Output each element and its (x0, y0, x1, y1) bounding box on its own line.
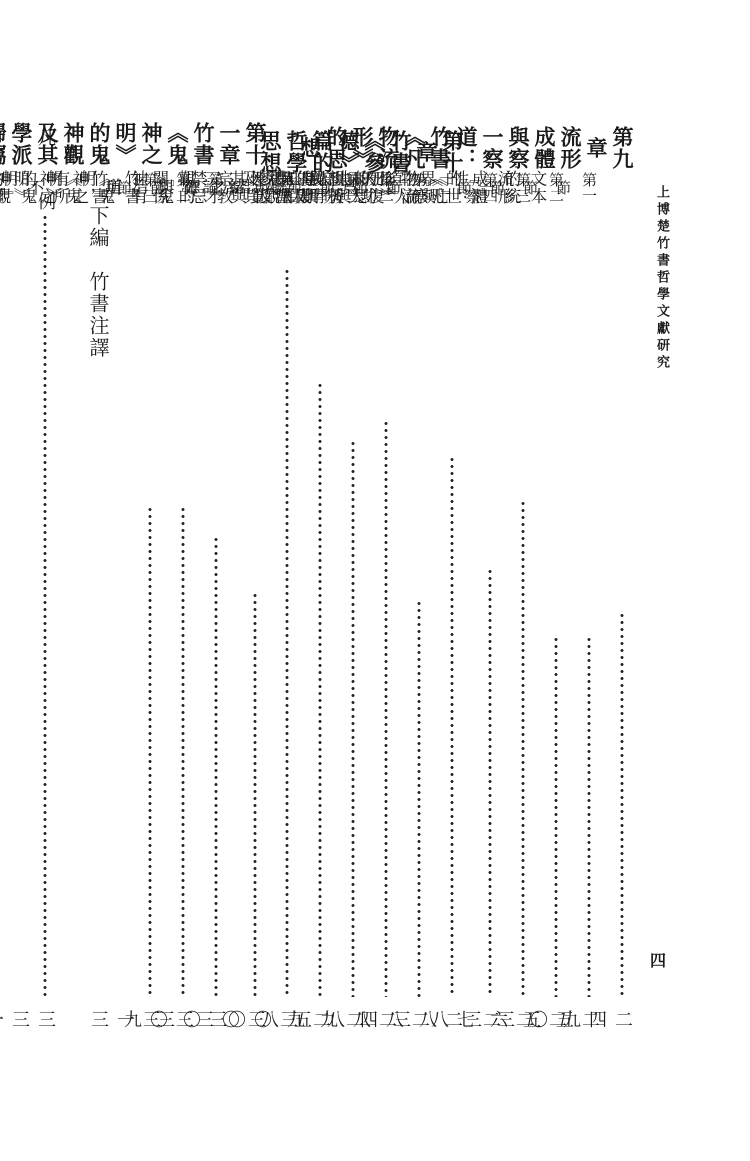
entry-page: 二七八 (477, 1010, 503, 1028)
leader-dots (351, 440, 355, 997)
entry-page: 二五三 (543, 1010, 569, 1028)
leader-dots (450, 456, 454, 997)
entry-page: 二五〇 (576, 1010, 602, 1028)
entry-page: 二四九 (609, 1010, 635, 1028)
entry-label: 第九章 (584, 126, 635, 170)
entry-page: 二九五 (340, 1010, 366, 1028)
fanli-char-1: 凡 (32, 128, 58, 147)
entry-page: 三一三 (137, 1010, 163, 1028)
entry-page: 二八八 (373, 1010, 399, 1028)
part-title: 竹書注譯 (86, 271, 110, 359)
leader-dots (318, 382, 322, 997)
entry-label: 第十一章 (217, 122, 268, 166)
entry-page: 二八四 (406, 1010, 432, 1028)
part-label: 下編 (86, 205, 110, 249)
entry-page: 三〇三 (242, 1010, 268, 1028)
leader-dots (214, 536, 218, 997)
leader-dots (43, 214, 47, 997)
entry-page: 二六三 (510, 1010, 536, 1028)
leader-dots (285, 268, 289, 997)
leader-dots (554, 636, 558, 997)
leader-dots (620, 612, 624, 997)
entry-page: 三〇〇 (274, 1010, 300, 1028)
running-header: 上博楚竹書哲學文獻研究 (652, 185, 670, 372)
fanli-char-2: 例 (32, 192, 58, 211)
leader-dots (417, 600, 421, 997)
entry-title: 竹書《參德》篇的哲學思想 (258, 130, 412, 174)
part-heading: 下編竹書注譯 (84, 205, 112, 359)
entry-page: 三三一 (32, 1010, 58, 1028)
entry-page: 三〇三 (203, 1010, 229, 1028)
page-number: 四 (650, 948, 666, 971)
leader-dots (488, 568, 492, 997)
leader-dots (521, 500, 525, 997)
leader-dots (587, 636, 591, 997)
leader-dots (181, 506, 185, 997)
entry-page: 二八三 (439, 1010, 465, 1028)
entry-page: 二九八 (307, 1010, 333, 1028)
leader-dots (253, 592, 257, 997)
leader-dots (384, 420, 388, 997)
leader-dots (148, 506, 152, 997)
entry-page: 三〇九 (170, 1010, 196, 1028)
